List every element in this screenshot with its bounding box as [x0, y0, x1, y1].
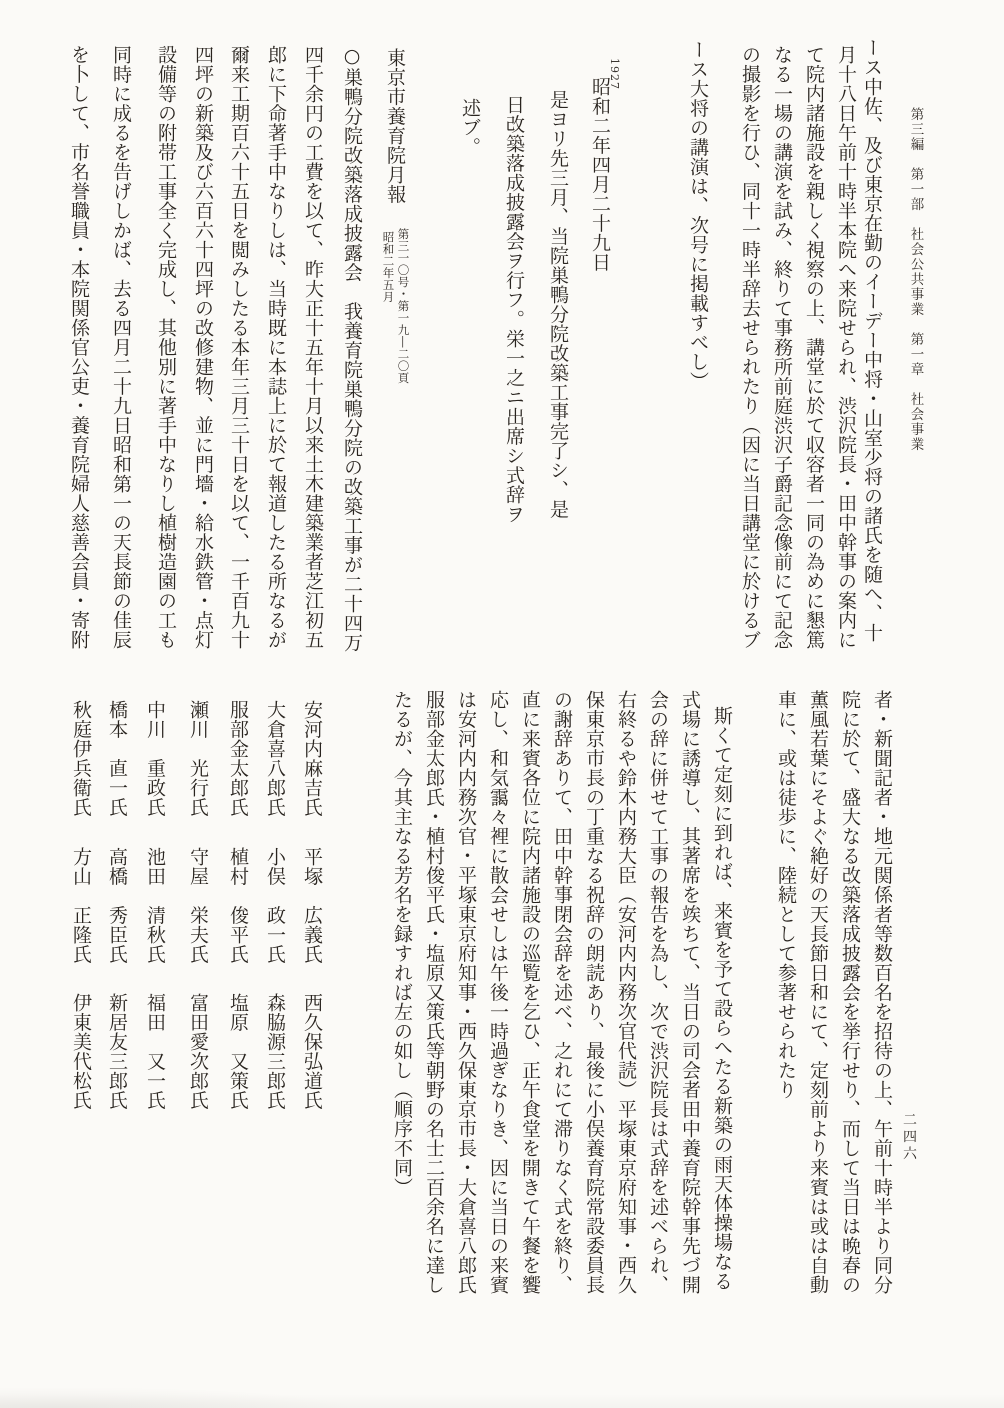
guest-name: 伊東美代松氏: [71, 993, 90, 1110]
guest-name: 服部金太郎氏: [228, 700, 247, 817]
article-column: 設備等の附帯工事全く完成し、其他別に著手中なりし植樹造園の工も: [156, 45, 175, 650]
guest-name: 富田愛次郎氏: [188, 993, 207, 1110]
article-column: 車に、或は徒歩に、陸続として参著せられたり: [776, 690, 795, 1100]
date-heading: 昭和二年四月二十九日: [590, 77, 609, 272]
guest-name: 高橋 秀臣氏: [107, 847, 126, 964]
summary-column: 述ブ。: [460, 98, 479, 157]
text-column: 月十八日午前十時半本院へ来院せられ、渋沢院長・田中幹事の案内に: [836, 45, 855, 650]
guest-name: 新居友三郎氏: [107, 993, 126, 1110]
article-column: 式場に誘導し、其著席を竢ちて、当日の司会者田中養育院幹事先づ開: [680, 690, 699, 1295]
article-column: の謝辞ありて、田中幹事閉会辞を述べ、之れにて滞りなく式を終り、: [552, 690, 571, 1295]
source-title: 東京市養育院月報: [385, 48, 404, 204]
article-column: は安河内内務次官・平塚東京府知事・西久保東京市長・大倉喜八郎氏: [456, 690, 475, 1295]
source-issue: 第三一〇号・第一九―二〇頁: [397, 228, 409, 384]
page-number: 二四六: [902, 1112, 916, 1163]
article-column: 直に来賓各位に院内諸施設の巡覧を乞ひ、正午食堂を開きて午餐を饗: [520, 690, 539, 1295]
article-column: 爾来工期百六十五日を閲みしたる本年三月三十日を以て、一千百九十: [229, 45, 248, 650]
text-column: て院内諸施設を親しく視察の上、講堂に於て収容者一同の為めに懇篤: [804, 45, 823, 650]
guest-name: 大倉喜八郎氏: [265, 700, 284, 817]
source-date: 昭和二年五月: [382, 231, 394, 303]
article-column: 薫風若葉にそよぐ絶好の天長節日和にて、定刻前より来賓は或は自動: [808, 690, 827, 1295]
article-column: を卜して、市名誉職員・本院関係官公吏・養育院婦人慈善会員・寄附: [69, 45, 88, 650]
guest-name: 瀬川 光行氏: [188, 700, 207, 817]
text-column: の撮影を行ひ、同十一時半辞去せられたり（因に当日講堂に於けるブ: [740, 45, 759, 650]
article-column: 四坪の新築及び六百六十四坪の改修建物、並に門墻・給水鉄管・点灯: [193, 45, 212, 650]
article-column: 応し、和気靄々裡に散会せしは午後一時過ぎなりき、因に当日の来賓: [488, 690, 507, 1295]
article-column: 同時に成るを告げしかば、去る四月二十九日昭和第一の天長節の佳辰: [111, 45, 130, 650]
running-header: 第三編 第一部 社会公共事業 第一章 社会事業: [908, 107, 922, 452]
guest-name: 西久保弘道氏: [302, 993, 321, 1110]
article-column: 郎に下命著手中なりしは、当時既に本誌上に於て報道したる所なるが: [266, 45, 285, 650]
guest-name: 安河内麻吉氏: [302, 700, 321, 817]
article-column: 者・新聞記者・地元関係者等数百名を招待の上、午前十時半より同分: [872, 690, 891, 1295]
article-column: 斯くて定刻に到れば、来賓を予て設らへたる新築の雨天体操場なる: [712, 706, 731, 1291]
guest-name: 池田 清秋氏: [145, 847, 164, 964]
guest-name: 小俣 政一氏: [265, 847, 284, 964]
summary-column: 日改築落成披露会ヲ行フ。栄一之ニ出席シ式辞ヲ: [504, 95, 523, 524]
text-column: ース大将の講演は、次号に掲載すべし）: [688, 40, 707, 391]
article-column: 服部金太郎氏・植村俊平氏・塩原又策氏等朝野の名士二百余名に達し: [424, 690, 443, 1295]
text-column: なる一場の講演を試み、終りて事務所前庭渋沢子爵記念像前にて記念: [772, 45, 791, 650]
guest-name: 福田 又一氏: [145, 993, 164, 1110]
article-column: 保東京市長の丁重なる祝辞の朗読あり、最後に小俣養育院常設委員長: [584, 690, 603, 1295]
summary-column: 是ヨリ先三月、当院巣鴨分院改築工事完了シ、是: [548, 90, 567, 519]
guest-name: 秋庭伊兵衛氏: [71, 700, 90, 817]
guest-name: 塩原 又策氏: [228, 993, 247, 1110]
guest-name: 森脇源三郎氏: [265, 993, 284, 1110]
scanned-book-page: 第三編 第一部 社会公共事業 第一章 社会事業 ース中佐、及び東京在勤のイーデー…: [0, 0, 1004, 1408]
article-column: 院に於て、盛大なる改築落成披露会を挙行せり、而して当日は晩春の: [840, 690, 859, 1295]
article-column: ○巣鴨分院改築落成披露会 我養育院巣鴨分院の改築工事が二十四万: [342, 45, 361, 653]
article-column: 四千余円の工費を以て、昨大正十五年十月以来土木建築業者芝江初五: [303, 45, 322, 650]
guest-name: 中川 重政氏: [145, 700, 164, 817]
guest-name: 平塚 広義氏: [302, 847, 321, 964]
text-column: ース中佐、及び東京在勤のイーデー中将・山室少将の諸氏を随へ、十: [862, 38, 881, 643]
guest-name: 方山 正隆氏: [71, 847, 90, 964]
article-column: 会の辞に併せて工事の報告を為し、次で渋沢院長は式辞を述べられ、: [648, 690, 667, 1295]
guest-name: 守屋 栄夫氏: [188, 847, 207, 964]
guest-name: 橋本 直一氏: [107, 700, 126, 817]
article-column: たるが、今其主なる芳名を録すれば左の如し（順序不同）: [392, 690, 411, 1197]
guest-name: 植村 俊平氏: [228, 847, 247, 964]
article-column: 右終るや鈴木内務大臣（安河内内務次官代読）平塚東京府知事・西久: [616, 690, 635, 1295]
